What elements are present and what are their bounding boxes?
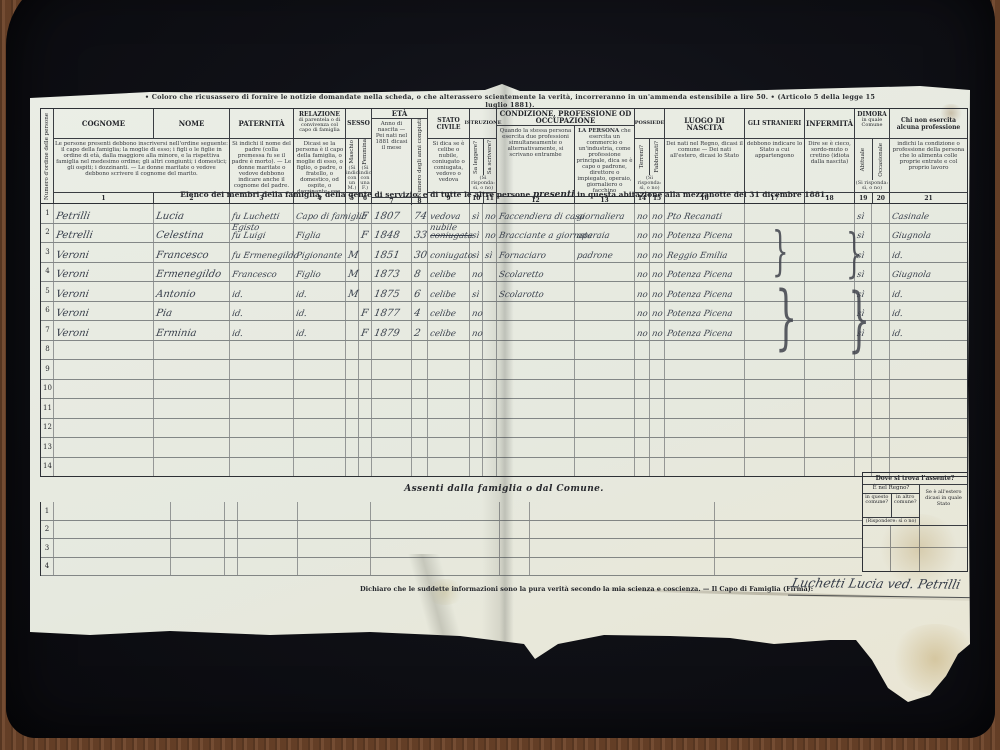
col-infermita: INFERMITÀ Dire se è cieco, sordo-muto o … (805, 109, 855, 203)
dove-estero: Se è all'estero dicasi in quale Stato (920, 485, 967, 525)
cell-condizione (497, 399, 575, 418)
cell-possiede-fabbricati: no (650, 263, 665, 282)
cell-condizione (497, 302, 575, 321)
cell-relazione (294, 380, 346, 399)
cell-anni-compiuti (412, 419, 428, 438)
condizione-desc1: Quando la stessa persona esercita due pr… (497, 126, 574, 196)
stato-desc: Si dica se è celibe o nubile, coniugato … (428, 139, 469, 192)
cell-possiede-terreni (635, 419, 650, 438)
cell-sesso-f: F (359, 302, 372, 321)
cell-sesso-m (346, 341, 359, 360)
row-number: 8 (41, 341, 54, 360)
cell-cognome: Veroni (54, 321, 154, 340)
cell-dimora-abituale (855, 380, 872, 399)
cell-paternita: id. (230, 321, 294, 340)
brace-mark: } (846, 224, 863, 284)
cell-condizione (497, 419, 575, 438)
cell-nome: Ermenegildo (154, 263, 230, 282)
cell-sa-leggere: sì (470, 282, 483, 301)
cell-sa-scrivere (483, 360, 497, 379)
cell-infermita (805, 458, 855, 477)
cell-sa-scrivere (483, 321, 497, 340)
cell-stranieri (745, 204, 805, 223)
istruzione-title: ISTRUZIONE (470, 109, 496, 139)
cell-luogo-nascita: Reggio Emilia (665, 243, 745, 262)
cell-la-persona: giornaliera (575, 204, 635, 223)
cell-nome (154, 360, 230, 379)
infermita-title: INFERMITÀ (805, 109, 854, 139)
cell-la-persona (575, 438, 635, 457)
cell-anni-compiuti: 2 (412, 321, 428, 340)
cell-possiede-fabbricati (650, 341, 665, 360)
cell-chi-non-esercita (890, 419, 967, 438)
cell-anno-nascita (372, 341, 412, 360)
cell-anni-compiuti (412, 458, 428, 477)
cell-sesso-f (359, 282, 372, 301)
cell-condizione (497, 438, 575, 457)
eta-anno-desc: Anno di nascita — Pei nati nel 1881 dica… (372, 119, 411, 197)
cell-dimora-occasionale (872, 243, 890, 262)
cell-possiede-terreni: no (635, 321, 650, 340)
row-number: 9 (41, 360, 54, 379)
cell-sa-leggere (470, 360, 483, 379)
cell-stato-civile: coniugato (428, 243, 470, 262)
row-number: 7 (41, 321, 54, 340)
cell-dimora-occasionale (872, 263, 890, 282)
assenti-row: 3 (41, 539, 862, 558)
cell-stranieri (745, 458, 805, 477)
cell-cognome (54, 438, 154, 457)
cell-anni-compiuti (412, 360, 428, 379)
cell-paternita: fu Ermenegildo (230, 243, 294, 262)
cell-sesso-f (359, 243, 372, 262)
cell-possiede-terreni (635, 380, 650, 399)
row-number: 10 (41, 380, 54, 399)
cell-possiede-fabbricati: no (650, 321, 665, 340)
census-sheet: • Coloro che ricusassero di fornire le n… (30, 84, 970, 710)
cell-chi-non-esercita (890, 360, 967, 379)
cell-paternita: id. (230, 302, 294, 321)
cell-nome (154, 380, 230, 399)
paternita-title: PATERNITÀ (230, 109, 293, 139)
cell-sa-scrivere (483, 341, 497, 360)
cell-sa-leggere (470, 438, 483, 457)
col-istruzione: ISTRUZIONE Sa leggere? Sa scrivere? (Si … (470, 109, 497, 203)
col-condizione: CONDIZIONE, PROFESSIONE OD OCCUPAZIONE Q… (497, 109, 635, 203)
cell-relazione: id. (294, 282, 346, 301)
cell-chi-non-esercita: Giugnola (890, 224, 967, 243)
cell-dimora-abituale (855, 419, 872, 438)
cell-anno-nascita (372, 399, 412, 418)
cell-condizione: Fornaciaro (497, 243, 575, 262)
cell-dimora-abituale (855, 399, 872, 418)
cell-sa-leggere (470, 399, 483, 418)
luogo-desc: Dei nati nel Regno, dicasi il comune — D… (665, 139, 744, 192)
col-possiede: POSSIEDE Terreni? Fabbricati? (Si rispon… (635, 109, 665, 203)
assenti-title: Assenti dalla famiglia o dal Comune. (40, 484, 968, 494)
cell-dimora-abituale (855, 438, 872, 457)
cell-possiede-fabbricati: no (650, 302, 665, 321)
cell-cognome (54, 341, 154, 360)
cell-possiede-terreni (635, 458, 650, 477)
cell-nome (154, 399, 230, 418)
cell-possiede-fabbricati (650, 419, 665, 438)
sesso-m-note: (Si indichi con un M.) (346, 165, 358, 192)
members-table: 1 Petrilli Lucia fu Luchetti Capo di fam… (40, 204, 968, 477)
cell-sesso-m (346, 360, 359, 379)
col-chi-non-esercita: Chi non esercita alcuna professione indi… (890, 109, 967, 203)
cell-la-persona: padrone (575, 243, 635, 262)
dimora-title: DIMORA in quale Comune (855, 109, 889, 139)
cell-paternita (230, 438, 294, 457)
cell-anni-compiuti (412, 341, 428, 360)
cell-nome (154, 438, 230, 457)
cell-possiede-terreni: no (635, 243, 650, 262)
cell-possiede-terreni: no (635, 282, 650, 301)
cell-possiede-fabbricati (650, 360, 665, 379)
cell-cognome: Veroni (54, 263, 154, 282)
assenti-table: 1 2 3 (40, 502, 862, 576)
table-row: 8 (41, 341, 967, 361)
cell-cognome: Petrilli (54, 204, 154, 223)
cell-cognome: Veroni (54, 243, 154, 262)
luogo-title: LUOGO DI NASCITA (665, 109, 744, 139)
cell-infermita (805, 438, 855, 457)
sesso-maschio: Maschio(Si indichi con un M.) (346, 139, 359, 192)
cell-cognome: Veroni (54, 302, 154, 321)
cell-nome: Erminia (154, 321, 230, 340)
row-number: 13 (41, 438, 54, 457)
table-row: 7 Veroni Erminia id. id. F 1879 2 celibe… (41, 321, 967, 341)
cell-luogo-nascita (665, 380, 745, 399)
cell-cognome: Veroni (54, 282, 154, 301)
cell-paternita (230, 380, 294, 399)
row-number: 14 (41, 458, 54, 477)
table-row: 11 (41, 399, 967, 419)
cell-dimora-occasionale (872, 360, 890, 379)
dove-questo-comune: in questo comune? (863, 494, 892, 517)
cell-stranieri (745, 360, 805, 379)
cell-nome (154, 341, 230, 360)
cell-sesso-m (346, 419, 359, 438)
cell-condizione: Scolaretto (497, 263, 575, 282)
cell-dimora-occasionale (872, 302, 890, 321)
dimora-occasionale: Occasionale (878, 143, 884, 177)
cell-possiede-terreni (635, 360, 650, 379)
cell-possiede-fabbricati (650, 438, 665, 457)
cell-chi-non-esercita: id. (890, 243, 967, 262)
cell-condizione (497, 458, 575, 477)
cell-sa-scrivere (483, 263, 497, 282)
cell-relazione: Figlio (294, 263, 346, 282)
row-number: 12 (41, 419, 54, 438)
row-number: 2 (41, 521, 54, 539)
cell-anno-nascita (372, 360, 412, 379)
dove-altro-comune: in altro comune? (892, 494, 920, 517)
table-row: 12 (41, 419, 967, 439)
cell-chi-non-esercita (890, 341, 967, 360)
cell-stato-civile (428, 380, 470, 399)
cell-sesso-f (359, 263, 372, 282)
cell-condizione (497, 321, 575, 340)
cell-possiede-terreni: no (635, 302, 650, 321)
cell-condizione (497, 341, 575, 360)
cell-sa-scrivere: no (483, 224, 497, 243)
cell-chi-non-esercita (890, 380, 967, 399)
cell-luogo-nascita: Potenza Picena (665, 302, 745, 321)
cell-stato-civile (428, 399, 470, 418)
condizione-desc2: LA PERSONA che esercita un commercio o u… (575, 126, 634, 196)
cell-possiede-fabbricati (650, 380, 665, 399)
cell-sesso-m: M (346, 263, 359, 282)
cell-la-persona: operaia (575, 224, 635, 243)
istruzione-legge: Sa leggere? (473, 141, 479, 174)
cell-luogo-nascita (665, 341, 745, 360)
cell-anno-nascita (372, 380, 412, 399)
cell-luogo-nascita (665, 399, 745, 418)
cell-anno-nascita (372, 438, 412, 457)
col-paternita: PATERNITÀ Si indichi il nome del padre (… (230, 109, 294, 203)
cell-relazione (294, 458, 346, 477)
col-relazione: RELAZIONE di parentela o di convivenza c… (294, 109, 346, 203)
cell-sa-scrivere: no (483, 204, 497, 223)
relazione-subtitle: di parentela o di convivenza col capo di… (295, 118, 344, 133)
brace-mark: } (775, 276, 797, 358)
cell-paternita: Francesco (230, 263, 294, 282)
possiede-fabbricati: Fabbricati? (654, 141, 660, 172)
cell-nome: Lucia (154, 204, 230, 223)
cell-anno-nascita (372, 458, 412, 477)
cell-sesso-f: F (359, 224, 372, 243)
cell-sesso-m (346, 438, 359, 457)
cell-sa-scrivere (483, 458, 497, 477)
cell-possiede-terreni: no (635, 224, 650, 243)
cell-anni-compiuti (412, 438, 428, 457)
cell-anni-compiuti: 74 (412, 204, 428, 223)
col-numero: Numero d'ordine delle persone (41, 109, 54, 203)
cell-dimora-occasionale (872, 282, 890, 301)
row-number: 2 (41, 224, 54, 243)
cell-sesso-m: M (346, 282, 359, 301)
cell-sa-leggere: sì (470, 243, 483, 262)
cell-sa-scrivere (483, 282, 497, 301)
cell-paternita: Egistofu Luigi (230, 224, 294, 243)
cell-paternita (230, 360, 294, 379)
row-number: 5 (41, 282, 54, 301)
table-row: 6 Veroni Pia id. id. F 1877 4 celibe no … (41, 302, 967, 322)
cell-anni-compiuti: 33 (412, 224, 428, 243)
cell-anni-compiuti (412, 399, 428, 418)
cell-cognome (54, 458, 154, 477)
cell-infermita (805, 399, 855, 418)
cell-nome: Antonio (154, 282, 230, 301)
cell-sesso-m (346, 399, 359, 418)
cell-sesso-m (346, 380, 359, 399)
cell-la-persona (575, 282, 635, 301)
cell-possiede-terreni (635, 438, 650, 457)
cell-la-persona (575, 321, 635, 340)
cell-possiede-fabbricati (650, 458, 665, 477)
row-number: 4 (41, 558, 54, 576)
sesso-title: SESSO (346, 109, 371, 139)
cell-stato-civile: celibe (428, 321, 470, 340)
cell-infermita (805, 204, 855, 223)
cell-luogo-nascita: Potenza Picena (665, 282, 745, 301)
census-photo: • Coloro che ricusassero di fornire le n… (0, 0, 1000, 750)
cell-sesso-f (359, 380, 372, 399)
signature: Luchetti Lucia ved. Petrilli (792, 575, 992, 592)
cell-anno-nascita: 1851 (372, 243, 412, 262)
cell-luogo-nascita (665, 438, 745, 457)
cell-stato-civile: celibe (428, 263, 470, 282)
cell-relazione: Pigionante (294, 243, 346, 262)
cell-luogo-nascita: Potenza Picena (665, 263, 745, 282)
cell-stato-civile (428, 341, 470, 360)
col-cognome-nome: COGNOME NOME Le persone presenti debbono… (54, 109, 230, 203)
cell-nome (154, 419, 230, 438)
row-number: 11 (41, 399, 54, 418)
sesso-femmina: Femmina(Si indichi con una F.) (359, 139, 371, 192)
cell-nome (154, 458, 230, 477)
cell-sa-scrivere (483, 302, 497, 321)
cell-possiede-fabbricati (650, 399, 665, 418)
cell-condizione (497, 380, 575, 399)
cognome-nome-desc: Le persone presenti debbono inscriversi … (54, 139, 229, 192)
cell-anno-nascita: 1848 (372, 224, 412, 243)
cell-sesso-m: M (346, 243, 359, 262)
cell-sesso-f (359, 438, 372, 457)
assente-location-box: Dove si trova l'assente? È nel Regno? in… (862, 472, 968, 572)
cell-stato-civile (428, 419, 470, 438)
cell-stato-civile: celibe (428, 302, 470, 321)
cell-chi-non-esercita (890, 399, 967, 418)
table-row: 3 Veroni Francesco fu Ermenegildo Pigion… (41, 243, 967, 263)
cell-sa-scrivere (483, 380, 497, 399)
cell-sa-leggere (470, 419, 483, 438)
cell-sa-leggere: no (470, 321, 483, 340)
cell-sesso-f (359, 458, 372, 477)
cell-possiede-terreni: no (635, 263, 650, 282)
cell-sesso-f (359, 419, 372, 438)
condizione-title: CONDIZIONE, PROFESSIONE OD OCCUPAZIONE (497, 109, 634, 126)
cell-relazione (294, 399, 346, 418)
cell-sesso-f: F (359, 204, 372, 223)
cell-luogo-nascita: Potenza Picena (665, 321, 745, 340)
cell-la-persona (575, 263, 635, 282)
cell-cognome (54, 399, 154, 418)
cell-possiede-fabbricati: no (650, 204, 665, 223)
cell-relazione (294, 438, 346, 457)
cell-stato-civile (428, 458, 470, 477)
row-number: 1 (41, 204, 54, 223)
cell-sesso-f (359, 399, 372, 418)
cell-dimora-abituale: sì (855, 204, 872, 223)
cell-la-persona (575, 380, 635, 399)
cell-anni-compiuti: 6 (412, 282, 428, 301)
table-row: 9 (41, 360, 967, 380)
assenti-row: 4 (41, 558, 862, 577)
cell-luogo-nascita (665, 458, 745, 477)
cell-sa-leggere (470, 458, 483, 477)
cell-sa-scrivere: sì (483, 243, 497, 262)
table-row: 4 Veroni Ermenegildo Francesco Figlio M … (41, 263, 967, 283)
cell-nome: Celestina (154, 224, 230, 243)
cell-sa-leggere: no (470, 302, 483, 321)
cell-sa-leggere: no (470, 263, 483, 282)
row-number: 3 (41, 243, 54, 262)
cell-sa-scrivere (483, 419, 497, 438)
dove-regno: È nel Regno? (863, 485, 919, 494)
cell-stranieri (745, 380, 805, 399)
stranieri-title: GLI STRANIERI (745, 109, 804, 139)
cell-anni-compiuti: 8 (412, 263, 428, 282)
cell-dimora-abituale (855, 360, 872, 379)
row-number: 3 (41, 539, 54, 557)
cell-sesso-m (346, 458, 359, 477)
cell-sa-leggere (470, 380, 483, 399)
cell-condizione: Scolarotto (497, 282, 575, 301)
penalty-notice: • Coloro che ricusassero di fornire le n… (140, 93, 880, 109)
eta-anni-label: Numero degli anni compiuti (417, 119, 423, 197)
cell-possiede-fabbricati: no (650, 224, 665, 243)
cell-anno-nascita: 1879 (372, 321, 412, 340)
cell-sesso-f: F (359, 321, 372, 340)
possiede-terreni: Terreni? (639, 145, 645, 168)
table-row: 1 Petrilli Lucia fu Luchetti Capo di fam… (41, 204, 967, 224)
cell-possiede-fabbricati: no (650, 243, 665, 262)
cell-paternita: id. (230, 282, 294, 301)
cell-cognome (54, 380, 154, 399)
cell-anni-compiuti (412, 380, 428, 399)
cell-possiede-terreni: no (635, 204, 650, 223)
presenti-word: presenti (533, 190, 575, 200)
cell-luogo-nascita (665, 419, 745, 438)
relazione-desc: Dicasi se la persona è il capo della fam… (294, 139, 345, 192)
cell-cognome (54, 360, 154, 379)
cell-la-persona (575, 360, 635, 379)
cell-stranieri (745, 438, 805, 457)
cell-sa-leggere (470, 341, 483, 360)
cell-condizione: Faccendiera di casa (497, 204, 575, 223)
cell-chi-non-esercita: Casinale (890, 204, 967, 223)
cell-sa-leggere: sì (470, 204, 483, 223)
declaration-text: Dichiaro che le suddette informazioni so… (360, 585, 830, 593)
col-stranieri: GLI STRANIERI debbono indicare lo Stato … (745, 109, 805, 203)
cell-chi-non-esercita (890, 438, 967, 457)
cell-la-persona (575, 458, 635, 477)
cell-sesso-m (346, 302, 359, 321)
cell-la-persona (575, 341, 635, 360)
col-sesso: SESSO Maschio(Si indichi con un M.) Femm… (346, 109, 372, 203)
cell-relazione (294, 419, 346, 438)
cell-infermita (805, 360, 855, 379)
eta-title: ETÀ (372, 109, 427, 119)
paternita-desc: Si indichi il nome del padre (colla prem… (230, 139, 293, 192)
cell-sesso-m (346, 224, 359, 243)
row-number: 1 (41, 502, 54, 520)
cell-luogo-nascita (665, 360, 745, 379)
row-number: 4 (41, 263, 54, 282)
dove-title: Dove si trova l'assente? (863, 473, 967, 485)
cell-dimora-occasionale (872, 341, 890, 360)
dimora-subtitle: in quale Comune (856, 118, 888, 128)
infermita-desc: Dire se è cieco, sordo-muto o cretino (i… (805, 139, 854, 192)
numero-label: Numero d'ordine delle persone (44, 113, 50, 200)
cell-possiede-terreni (635, 399, 650, 418)
cell-condizione: Bracciante a giornata (497, 224, 575, 243)
cell-la-persona (575, 419, 635, 438)
dove-note: (Rispondere: sì o no) (863, 517, 919, 525)
